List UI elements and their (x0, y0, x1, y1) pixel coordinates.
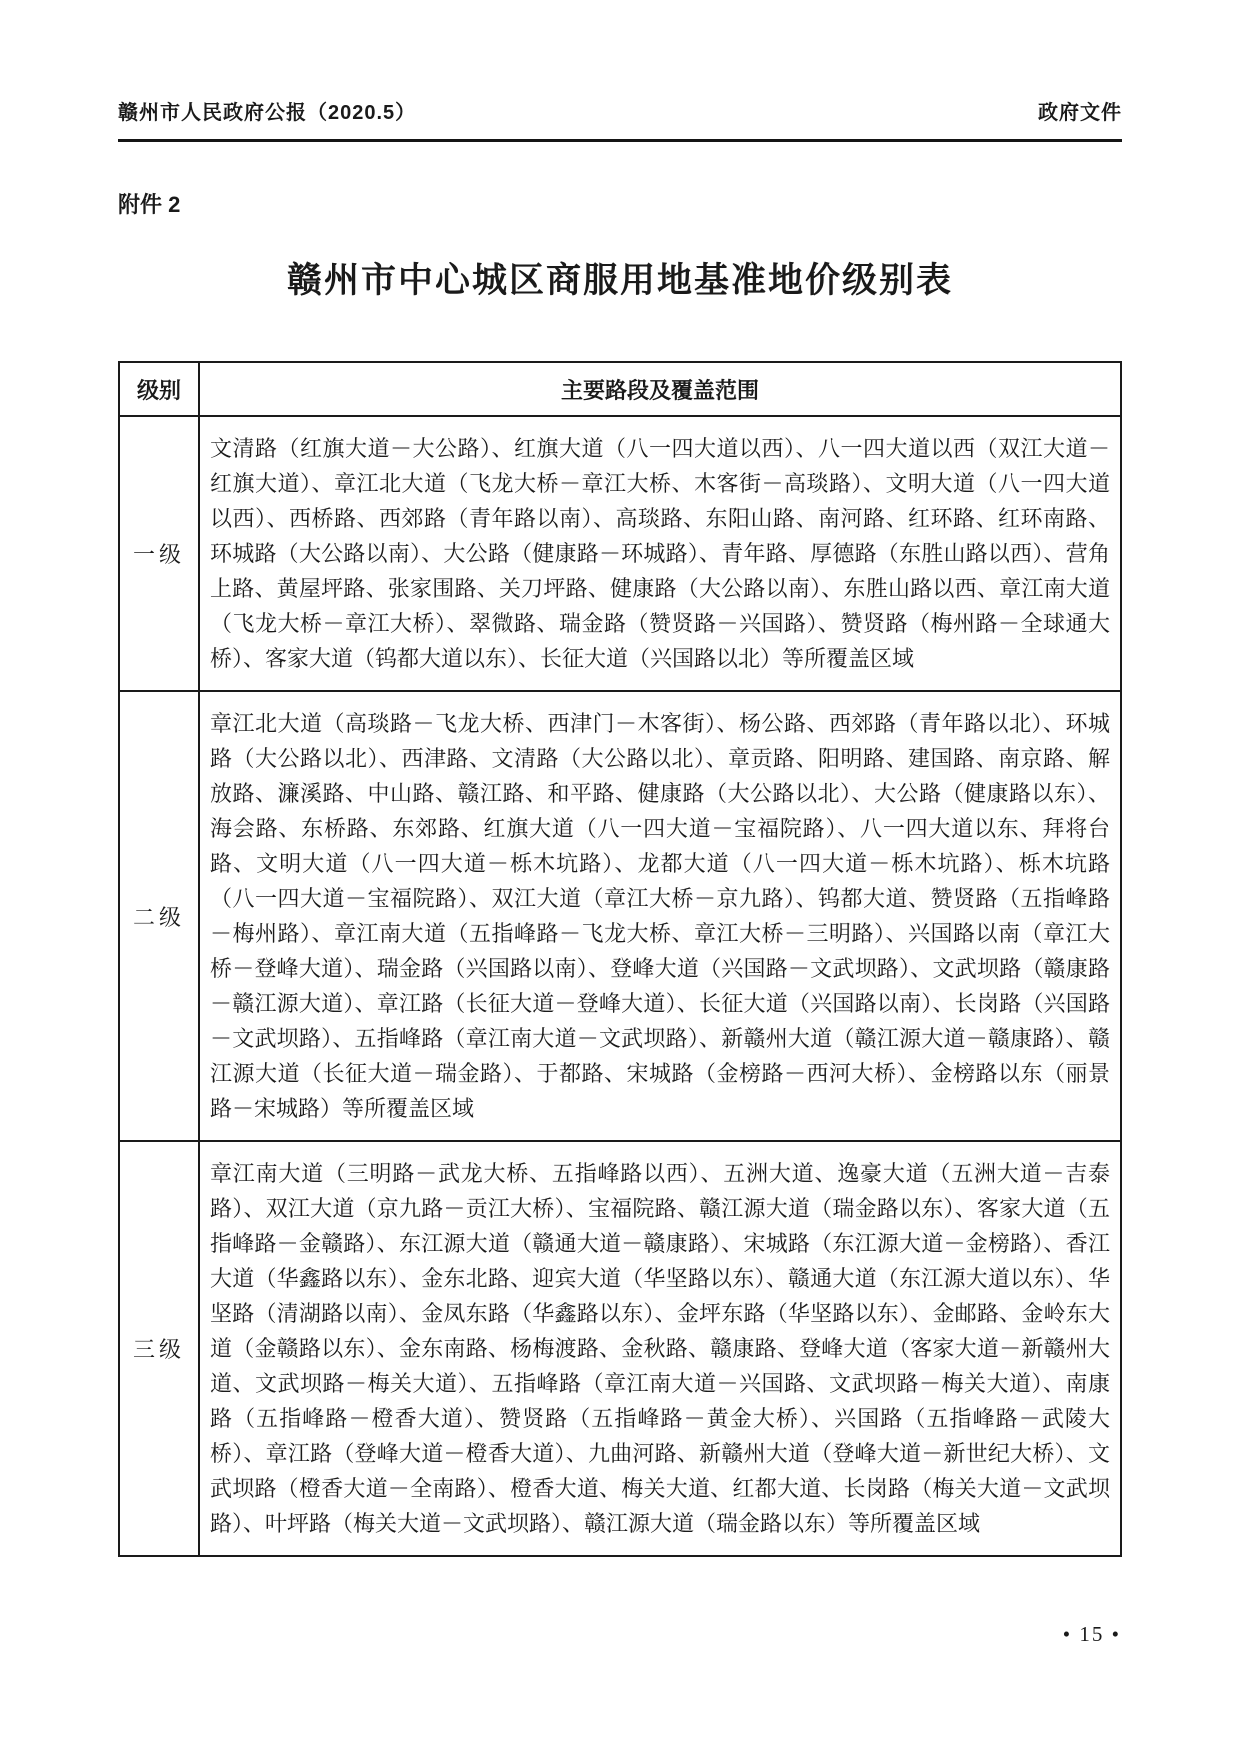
header-cell-coverage: 主要路段及覆盖范围 (199, 362, 1121, 416)
attachment-label: 附件 2 (118, 188, 1122, 219)
coverage-cell: 文清路（红旗大道－大公路）、红旗大道（八一四大道以西）、八一四大道以西（双江大道… (199, 416, 1121, 691)
document-title: 赣州市中心城区商服用地基准地价级别表 (118, 253, 1122, 303)
level-cell: 一级 (119, 416, 199, 691)
coverage-cell: 章江北大道（高琰路－飞龙大桥、西津门－木客街）、杨公路、西郊路（青年路以北）、环… (199, 691, 1121, 1141)
table-row: 一级 文清路（红旗大道－大公路）、红旗大道（八一四大道以西）、八一四大道以西（双… (119, 416, 1121, 691)
table-body: 一级 文清路（红旗大道－大公路）、红旗大道（八一四大道以西）、八一四大道以西（双… (119, 416, 1121, 1556)
table-row: 二级 章江北大道（高琰路－飞龙大桥、西津门－木客街）、杨公路、西郊路（青年路以北… (119, 691, 1121, 1141)
level-cell: 三级 (119, 1141, 199, 1556)
page-content: 赣州市人民政府公报（2020.5） 政府文件 附件 2 赣州市中心城区商服用地基… (0, 0, 1241, 1557)
header-cell-level: 级别 (119, 362, 199, 416)
gazette-title: 赣州市人民政府公报（2020.5） (118, 96, 416, 125)
table-head: 级别 主要路段及覆盖范围 (119, 362, 1121, 416)
page-number: • 15 • (1063, 1622, 1121, 1647)
document-page: 赣州市人民政府公报（2020.5） 政府文件 附件 2 赣州市中心城区商服用地基… (0, 0, 1241, 1754)
page-header: 赣州市人民政府公报（2020.5） 政府文件 (118, 0, 1122, 125)
table-header-row: 级别 主要路段及覆盖范围 (119, 362, 1121, 416)
land-grade-table: 级别 主要路段及覆盖范围 一级 文清路（红旗大道－大公路）、红旗大道（八一四大道… (118, 361, 1122, 1557)
header-rule (118, 139, 1122, 142)
table-row: 三级 章江南大道（三明路－武龙大桥、五指峰路以西）、五洲大道、逸豪大道（五洲大道… (119, 1141, 1121, 1556)
level-cell: 二级 (119, 691, 199, 1141)
coverage-cell: 章江南大道（三明路－武龙大桥、五指峰路以西）、五洲大道、逸豪大道（五洲大道－吉泰… (199, 1141, 1121, 1556)
section-label: 政府文件 (1038, 96, 1122, 125)
